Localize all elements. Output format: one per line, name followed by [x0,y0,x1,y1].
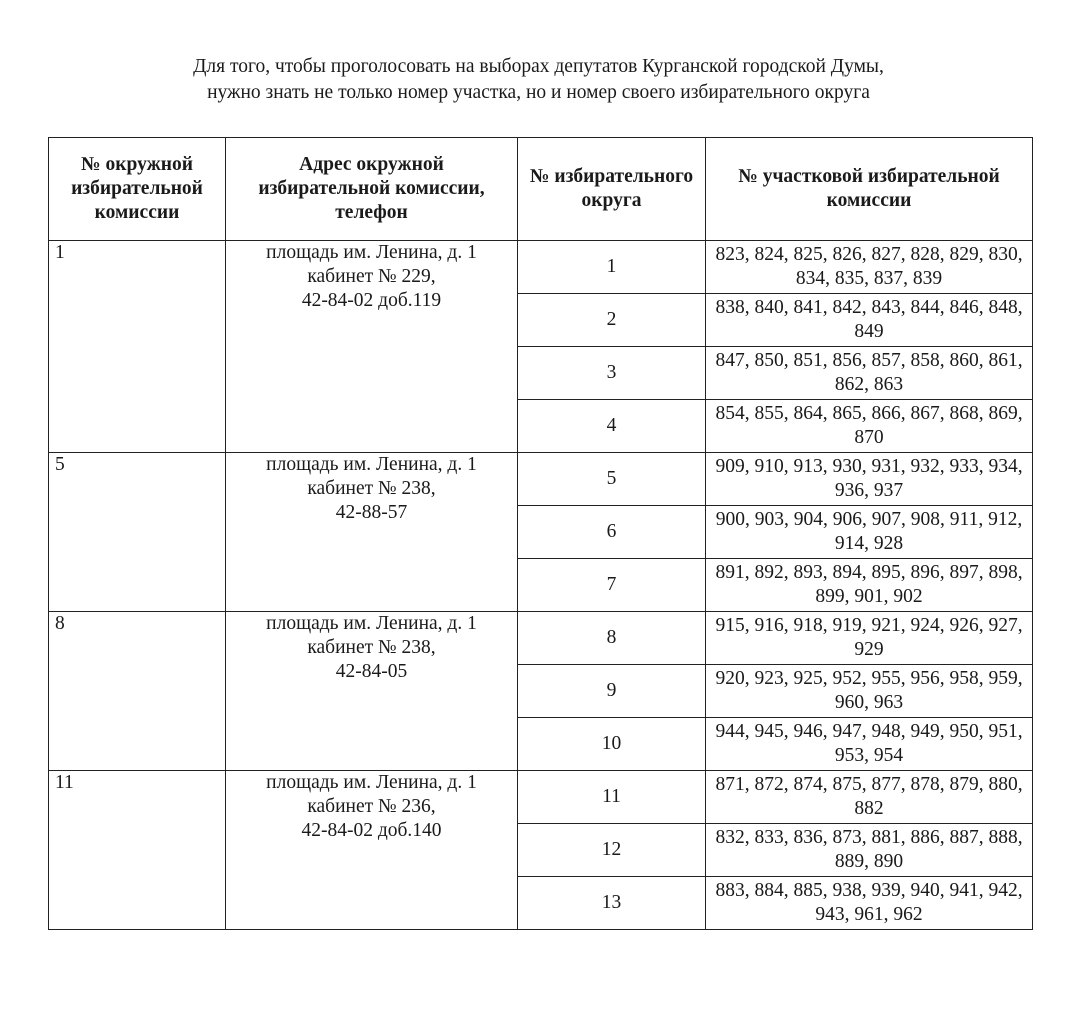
address-line: 42-88-57 [232,501,511,525]
district-number: 12 [518,824,706,877]
table-row: 11площадь им. Ленина, д. 1кабинет № 236,… [49,771,1033,824]
precinct-numbers: 915, 916, 918, 919, 921, 924, 926, 927, … [706,612,1033,665]
table-row: 1площадь им. Ленина, д. 1кабинет № 229,4… [49,241,1033,294]
commission-address: площадь им. Ленина, д. 1кабинет № 238,42… [226,453,518,612]
header-district-number: № избирательного округа [518,138,706,241]
commission-address: площадь им. Ленина, д. 1кабинет № 236,42… [226,771,518,930]
address-line: 42-84-02 доб.140 [232,819,511,843]
precinct-numbers: 883, 884, 885, 938, 939, 940, 941, 942, … [706,877,1033,930]
district-number: 10 [518,718,706,771]
address-line: 42-84-05 [232,660,511,684]
district-number: 2 [518,294,706,347]
district-number: 1 [518,241,706,294]
district-number: 5 [518,453,706,506]
precinct-numbers: 847, 850, 851, 856, 857, 858, 860, 861, … [706,347,1033,400]
address-line: площадь им. Ленина, д. 1 [232,241,511,265]
precinct-numbers: 823, 824, 825, 826, 827, 828, 829, 830, … [706,241,1033,294]
commission-address: площадь им. Ленина, д. 1кабинет № 229,42… [226,241,518,453]
table-body: 1площадь им. Ленина, д. 1кабинет № 229,4… [49,241,1033,930]
intro-line-2: нужно знать не только номер участка, но … [0,80,1077,106]
address-line: 42-84-02 доб.119 [232,289,511,313]
precinct-numbers: 854, 855, 864, 865, 866, 867, 868, 869, … [706,400,1033,453]
precinct-numbers: 871, 872, 874, 875, 877, 878, 879, 880, … [706,771,1033,824]
precinct-numbers: 891, 892, 893, 894, 895, 896, 897, 898, … [706,559,1033,612]
address-line: кабинет № 236, [232,795,511,819]
intro-text: Для того, чтобы проголосовать на выборах… [0,54,1077,106]
district-number: 8 [518,612,706,665]
address-line: кабинет № 229, [232,265,511,289]
precinct-numbers: 900, 903, 904, 906, 907, 908, 911, 912, … [706,506,1033,559]
intro-line-1: Для того, чтобы проголосовать на выборах… [0,54,1077,80]
precinct-numbers: 920, 923, 925, 952, 955, 956, 958, 959, … [706,665,1033,718]
district-number: 6 [518,506,706,559]
precinct-numbers: 944, 945, 946, 947, 948, 949, 950, 951, … [706,718,1033,771]
header-commission-number: № окружной избирательной комиссии [49,138,226,241]
commission-address: площадь им. Ленина, д. 1кабинет № 238,42… [226,612,518,771]
address-line: кабинет № 238, [232,636,511,660]
header-precinct-numbers: № участковой избирательной комиссии [706,138,1033,241]
commission-number: 11 [49,771,226,930]
precinct-numbers: 909, 910, 913, 930, 931, 932, 933, 934, … [706,453,1033,506]
commission-number: 5 [49,453,226,612]
election-commissions-table: № окружной избирательной комиссии Адрес … [48,137,1033,930]
district-number: 9 [518,665,706,718]
commission-number: 8 [49,612,226,771]
district-number: 3 [518,347,706,400]
table-row: 5площадь им. Ленина, д. 1кабинет № 238,4… [49,453,1033,506]
address-line: площадь им. Ленина, д. 1 [232,771,511,795]
header-commission-address: Адрес окружной избирательной комиссии, т… [226,138,518,241]
precinct-numbers: 832, 833, 836, 873, 881, 886, 887, 888, … [706,824,1033,877]
commission-number: 1 [49,241,226,453]
table-header-row: № окружной избирательной комиссии Адрес … [49,138,1033,241]
district-number: 13 [518,877,706,930]
precinct-numbers: 838, 840, 841, 842, 843, 844, 846, 848, … [706,294,1033,347]
address-line: площадь им. Ленина, д. 1 [232,612,511,636]
district-number: 4 [518,400,706,453]
district-number: 7 [518,559,706,612]
address-line: кабинет № 238, [232,477,511,501]
table-row: 8площадь им. Ленина, д. 1кабинет № 238,4… [49,612,1033,665]
address-line: площадь им. Ленина, д. 1 [232,453,511,477]
district-number: 11 [518,771,706,824]
